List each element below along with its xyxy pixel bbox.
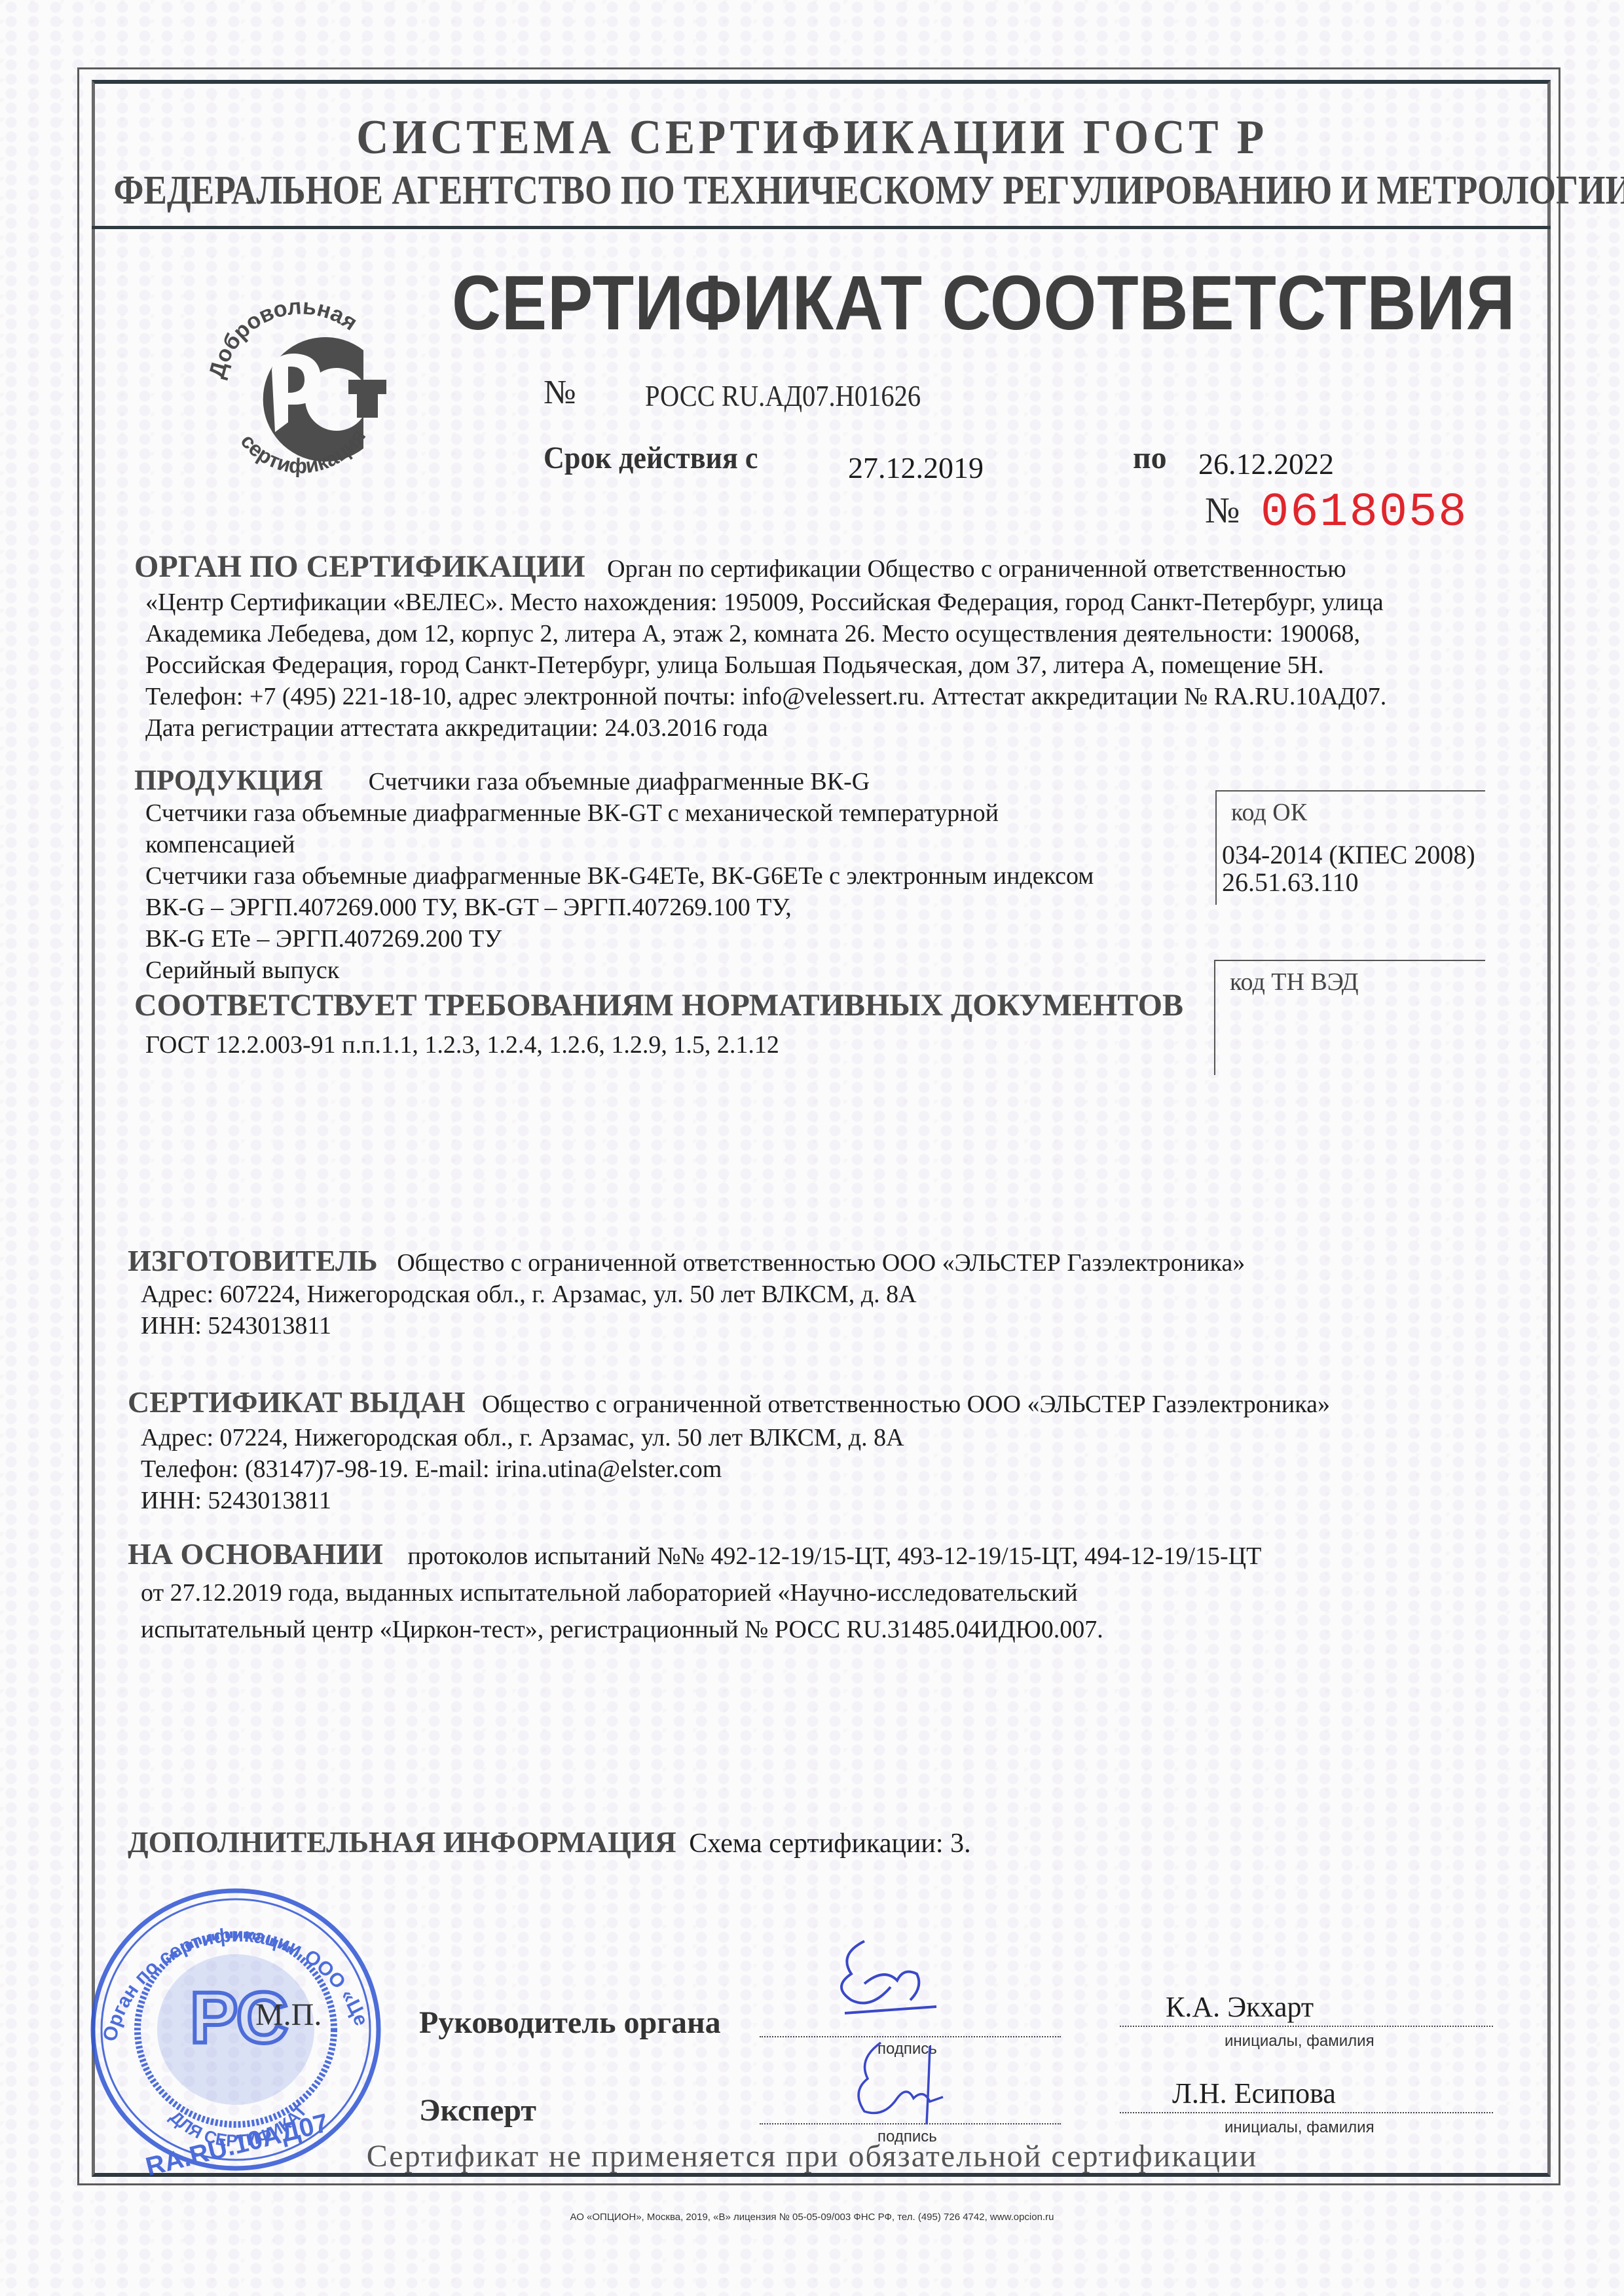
manufacturer-details: Адрес: 607224, Нижегородская обл., г. Ар… xyxy=(141,1279,917,1341)
header-divider xyxy=(92,226,1551,229)
product-line: Счетчики газа объемные диафрагменные ВК-… xyxy=(145,797,1094,829)
basis-first-line: протоколов испытаний №№ 492-12-19/15-ЦТ,… xyxy=(407,1542,1261,1570)
basis-line: от 27.12.2019 года, выданных испытательн… xyxy=(141,1575,1103,1611)
standards-label: СООТВЕТСТВУЕТ ТРЕБОВАНИЯМ НОРМАТИВНЫХ ДО… xyxy=(134,987,1183,1023)
valid-to-date: 26.12.2022 xyxy=(1198,446,1334,481)
seal-icon: Орган по сертификации ООО «Центр Сертифи… xyxy=(82,1879,390,2180)
validity-label: Срок действия с xyxy=(544,440,758,476)
certification-body-line: Дата регистрации аттестата аккредитации:… xyxy=(145,712,1540,744)
expert-name-line xyxy=(1120,2112,1493,2113)
product-line: ВК-G – ЭРГП.407269.000 ТУ, ВК-GT – ЭРГП.… xyxy=(145,892,1094,923)
manufacturer-label: ИЗГОТОВИТЕЛЬ xyxy=(128,1244,378,1277)
certification-body-first-line: Орган по сертификации Общество с огранич… xyxy=(607,555,1346,583)
certification-body-line: Академика Лебедева, дом 12, корпус 2, ли… xyxy=(145,618,1540,649)
code-tnved-box: код ТН ВЭД xyxy=(1214,960,1485,1075)
expert-role: Эксперт xyxy=(419,2092,536,2128)
document-title: СЕРТИФИКАТ СООТВЕТСТВИЯ xyxy=(452,259,1515,348)
code-ok-caption: код ОК xyxy=(1231,798,1307,827)
issued-to-details: Адрес: 07224, Нижегородская обл., г. Арз… xyxy=(141,1422,904,1516)
product-details: Счетчики газа объемные диафрагменные ВК-… xyxy=(145,797,1094,986)
valid-to-label: по xyxy=(1133,440,1167,476)
blank-serial-number: 0618058 xyxy=(1261,486,1467,539)
blank-number-label: № xyxy=(1205,490,1240,532)
head-of-body-role: Руководитель органа xyxy=(419,2005,721,2041)
code-ok-value: 034-2014 (КПЕС 2008) xyxy=(1222,841,1475,869)
agency-heading: ФЕДЕРАЛЬНОЕ АГЕНТСТВО ПО ТЕХНИЧЕСКОМУ РЕ… xyxy=(114,168,1511,214)
issued-to-section: СЕРТИФИКАТ ВЫДАН Общество с ограниченной… xyxy=(128,1387,1330,1420)
head-name-caption: инициалы, фамилия xyxy=(1225,2032,1375,2050)
expert-signature-icon xyxy=(845,2033,950,2131)
certification-body-line: Телефон: +7 (495) 221-18-10, адрес элект… xyxy=(145,681,1540,712)
product-section: ПРОДУКЦИЯ Счетчики газа объемные диафраг… xyxy=(134,765,870,797)
product-line: Счетчики газа объемные диафрагменные ВК-… xyxy=(145,860,1094,892)
issued-to-address: Адрес: 07224, Нижегородская обл., г. Арз… xyxy=(141,1422,904,1453)
head-signature-icon xyxy=(825,1928,943,2033)
seal-place-label: М.П. xyxy=(255,1997,322,2033)
certification-body-line: Российская Федерация, город Санкт-Петерб… xyxy=(145,649,1540,681)
issued-to-inn: ИНН: 5243013811 xyxy=(141,1485,904,1516)
head-name: К.А. Экхарт xyxy=(1166,1990,1314,2024)
standards-text: ГОСТ 12.2.003-91 п.п.1.1, 1.2.3, 1.2.4, … xyxy=(145,1029,779,1061)
product-line: компенсацией xyxy=(145,829,1094,860)
manufacturer-address: Адрес: 607224, Нижегородская обл., г. Ар… xyxy=(141,1279,917,1310)
printer-imprint: АО «ОПЦИОН», Москва, 2019, «В» лицензия … xyxy=(0,2212,1624,2223)
certificate-number: РОСС RU.АД07.Н01626 xyxy=(645,378,921,413)
product-label: ПРОДУКЦИЯ xyxy=(134,764,323,796)
manufacturer-name: Общество с ограниченной ответственностью… xyxy=(397,1249,1245,1277)
additional-info-text: Схема сертификации: 3. xyxy=(689,1829,970,1859)
manufacturer-inn: ИНН: 5243013811 xyxy=(141,1310,917,1341)
additional-info-section: ДОПОЛНИТЕЛЬНАЯ ИНФОРМАЦИЯ Схема сертифик… xyxy=(128,1827,971,1860)
certificate-number-label: № xyxy=(544,373,576,412)
product-line: Серийный выпуск xyxy=(145,955,1094,986)
rst-mark-icon: Добровольная сертификация xyxy=(196,288,406,498)
issued-to-name: Общество с ограниченной ответственностью… xyxy=(482,1391,1330,1418)
code-ok-value: 26.51.63.110 xyxy=(1222,869,1359,896)
certification-body-section: ОРГАН ПО СЕРТИФИКАЦИИ Орган по сертифика… xyxy=(134,551,1346,585)
certification-body-line: «Центр Сертификации «ВЕЛЕС». Место нахож… xyxy=(145,587,1540,618)
certification-body-label: ОРГАН ПО СЕРТИФИКАЦИИ xyxy=(134,549,585,584)
code-tnved-caption: код ТН ВЭД xyxy=(1230,968,1359,996)
voluntary-certification-logo: Добровольная сертификация xyxy=(196,288,406,498)
basis-line: испытательный центр «Циркон-тест», регис… xyxy=(141,1611,1103,1648)
expert-name: Л.Н. Есипова xyxy=(1172,2077,1336,2110)
manufacturer-section: ИЗГОТОВИТЕЛЬ Общество с ограниченной отв… xyxy=(128,1245,1245,1279)
basis-details: от 27.12.2019 года, выданных испытательн… xyxy=(141,1575,1103,1648)
issued-to-label: СЕРТИФИКАТ ВЫДАН xyxy=(128,1385,466,1419)
product-first-line: Счетчики газа объемные диафрагменные ВК-… xyxy=(369,768,870,795)
official-seal-stamp: Орган по сертификации ООО «Центр Сертифи… xyxy=(82,1879,390,2180)
certification-system-heading: СИСТЕМА СЕРТИФИКАЦИИ ГОСТ Р xyxy=(65,110,1559,166)
additional-info-label: ДОПОЛНИТЕЛЬНАЯ ИНФОРМАЦИЯ xyxy=(128,1825,676,1859)
voluntary-disclaimer: Сертификат не применяется при обязательн… xyxy=(0,2138,1624,2174)
code-ok-box: код ОК 034-2014 (КПЕС 2008) 26.51.63.110 xyxy=(1215,790,1485,905)
basis-section: НА ОСНОВАНИИ протоколов испытаний №№ 492… xyxy=(128,1539,1261,1572)
certification-body-details: «Центр Сертификации «ВЕЛЕС». Место нахож… xyxy=(145,587,1540,744)
head-name-line xyxy=(1120,2026,1493,2027)
product-line: ВК-G ETe – ЭРГП.407269.200 ТУ xyxy=(145,923,1094,955)
valid-from-date: 27.12.2019 xyxy=(848,450,984,485)
basis-label: НА ОСНОВАНИИ xyxy=(128,1537,383,1571)
expert-name-caption: инициалы, фамилия xyxy=(1225,2119,1375,2137)
issued-to-contact: Телефон: (83147)7-98-19. E-mail: irina.u… xyxy=(141,1453,904,1485)
